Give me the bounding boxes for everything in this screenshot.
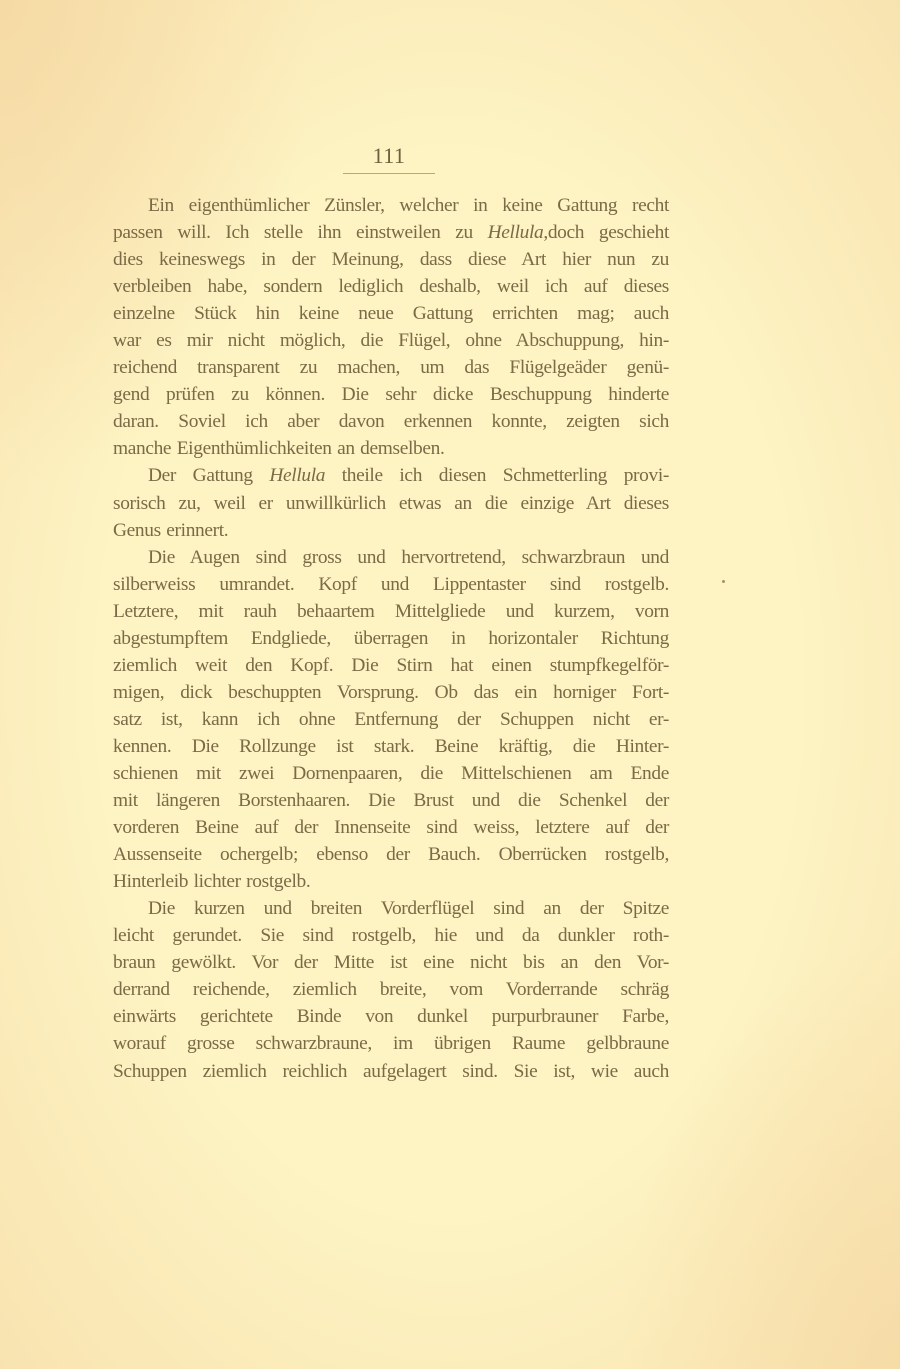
- text-line: Die kurzen und breiten Vorderflügel sind…: [113, 895, 669, 922]
- text-line: derrand reichende, ziemlich breite, vom …: [113, 976, 669, 1003]
- text-line: Die Augen sind gross und hervortretend, …: [113, 544, 669, 571]
- text-span: mit längeren Borstenhaaren. Die Brust un…: [113, 790, 669, 811]
- text-line: war es mir nicht möglich, die Flügel, oh…: [113, 327, 669, 354]
- text-line: abgestumpftem Endgliede, überragen in ho…: [113, 625, 669, 652]
- text-line: verbleiben habe, sondern lediglich desha…: [113, 273, 669, 300]
- text-span: theile ich diesen Schmetterling provi-: [325, 465, 669, 486]
- text-line: Aussenseite ochergelb; ebenso der Bauch.…: [113, 841, 669, 868]
- text-span: reichend transparent zu machen, um das F…: [113, 357, 669, 378]
- paragraph: Ein eigenthümlicher Zünsler, welcher in …: [113, 192, 669, 462]
- text-span: Die Augen sind gross und hervortretend, …: [148, 547, 669, 568]
- text-line: worauf grosse schwarzbraune, im übrigen …: [113, 1030, 669, 1057]
- text-line: daran. Soviel ich aber davon erkennen ko…: [113, 408, 669, 435]
- text-line: vorderen Beine auf der Innenseite sind w…: [113, 814, 669, 841]
- text-line: einwärts gerichtete Binde von dunkel pur…: [113, 1003, 669, 1030]
- paper-speck: [722, 580, 725, 583]
- text-span: dies keineswegs in der Meinung, dass die…: [113, 249, 669, 270]
- text-span: schienen mit zwei Dornenpaaren, die Mitt…: [113, 763, 669, 784]
- text-line: Genus erinnert.: [113, 517, 669, 544]
- text-span: ,doch geschieht: [543, 222, 669, 243]
- text-span: Aussenseite ochergelb; ebenso der Bauch.…: [113, 844, 669, 865]
- text-line: ziemlich weit den Kopf. Die Stirn hat ei…: [113, 652, 669, 679]
- text-line: sorisch zu, weil er unwillkürlich etwas …: [113, 490, 669, 517]
- text-span: derrand reichende, ziemlich breite, vom …: [113, 979, 669, 1000]
- text-line: Der Gattung Hellula theile ich diesen Sc…: [113, 462, 669, 489]
- text-span: war es mir nicht möglich, die Flügel, oh…: [113, 330, 669, 351]
- text-span: einzelne Stück hin keine neue Gattung er…: [113, 303, 669, 324]
- text-line: dies keineswegs in der Meinung, dass die…: [113, 246, 669, 273]
- paragraph: Die kurzen und breiten Vorderflügel sind…: [113, 895, 669, 1084]
- text-span: abgestumpftem Endgliede, überragen in ho…: [113, 628, 669, 649]
- text-span: Schuppen ziemlich reichlich aufgelagert …: [113, 1061, 669, 1082]
- text-line: braun gewölkt. Vor der Mitte ist eine ni…: [113, 949, 669, 976]
- text-span: leicht gerundet. Sie sind rostgelb, hie …: [113, 925, 669, 946]
- text-line: gend prüfen zu können. Die sehr dicke Be…: [113, 381, 669, 408]
- text-span: kennen. Die Rollzunge ist stark. Beine k…: [113, 736, 669, 757]
- text-span: silberweiss umrandet. Kopf und Lippentas…: [113, 574, 669, 595]
- text-span: worauf grosse schwarzbraune, im übrigen …: [113, 1033, 669, 1054]
- text-line: Ein eigenthümlicher Zünsler, welcher in …: [113, 192, 669, 219]
- page-number-rule: [343, 173, 435, 174]
- text-line: reichend transparent zu machen, um das F…: [113, 354, 669, 381]
- genus-name-italic: Hellula: [488, 222, 544, 243]
- text-span: migen, dick beschuppten Vorsprung. Ob da…: [113, 682, 669, 703]
- text-line: leicht gerundet. Sie sind rostgelb, hie …: [113, 922, 669, 949]
- text-span: satz ist, kann ich ohne Entfernung der S…: [113, 709, 669, 730]
- text-span: einwärts gerichtete Binde von dunkel pur…: [113, 1006, 669, 1027]
- text-line: einzelne Stück hin keine neue Gattung er…: [113, 300, 669, 327]
- text-span: daran. Soviel ich aber davon erkennen ko…: [113, 411, 669, 432]
- text-span: ziemlich weit den Kopf. Die Stirn hat ei…: [113, 655, 669, 676]
- text-span: verbleiben habe, sondern lediglich desha…: [113, 276, 669, 297]
- text-span: gend prüfen zu können. Die sehr dicke Be…: [113, 384, 669, 405]
- genus-name-italic: Hellula: [269, 465, 325, 486]
- text-span: sorisch zu, weil er unwillkürlich etwas …: [113, 493, 669, 514]
- text-span: Der Gattung: [148, 465, 269, 486]
- text-line: migen, dick beschuppten Vorsprung. Ob da…: [113, 679, 669, 706]
- text-span: Genus erinnert.: [113, 520, 228, 541]
- text-line: schienen mit zwei Dornenpaaren, die Mitt…: [113, 760, 669, 787]
- text-span: passen will. Ich stelle ihn einstweilen …: [113, 222, 488, 243]
- text-span: Ein eigenthümlicher Zünsler, welcher in …: [148, 195, 669, 216]
- text-span: Hinterleib lichter rostgelb.: [113, 871, 310, 892]
- text-span: vorderen Beine auf der Innenseite sind w…: [113, 817, 669, 838]
- text-line: passen will. Ich stelle ihn einstweilen …: [113, 219, 669, 246]
- text-line: silberweiss umrandet. Kopf und Lippentas…: [113, 571, 669, 598]
- paragraph: Der Gattung Hellula theile ich diesen Sc…: [113, 462, 669, 543]
- text-line: Letztere, mit rauh behaartem Mittelglied…: [113, 598, 669, 625]
- text-line: kennen. Die Rollzunge ist stark. Beine k…: [113, 733, 669, 760]
- text-span: braun gewölkt. Vor der Mitte ist eine ni…: [113, 952, 669, 973]
- text-line: satz ist, kann ich ohne Entfernung der S…: [113, 706, 669, 733]
- text-line: manche Eigenthümlichkeiten an demselben.: [113, 435, 669, 462]
- page-number: 111: [343, 143, 435, 169]
- text-span: Die kurzen und breiten Vorderflügel sind…: [148, 898, 669, 919]
- text-line: mit längeren Borstenhaaren. Die Brust un…: [113, 787, 669, 814]
- body-text: Ein eigenthümlicher Zünsler, welcher in …: [113, 192, 669, 1085]
- text-span: Letztere, mit rauh behaartem Mittelglied…: [113, 601, 669, 622]
- text-span: manche Eigenthümlichkeiten an demselben.: [113, 438, 444, 459]
- text-line: Hinterleib lichter rostgelb.: [113, 868, 669, 895]
- text-line: Schuppen ziemlich reichlich aufgelagert …: [113, 1058, 669, 1085]
- paragraph: Die Augen sind gross und hervortretend, …: [113, 544, 669, 896]
